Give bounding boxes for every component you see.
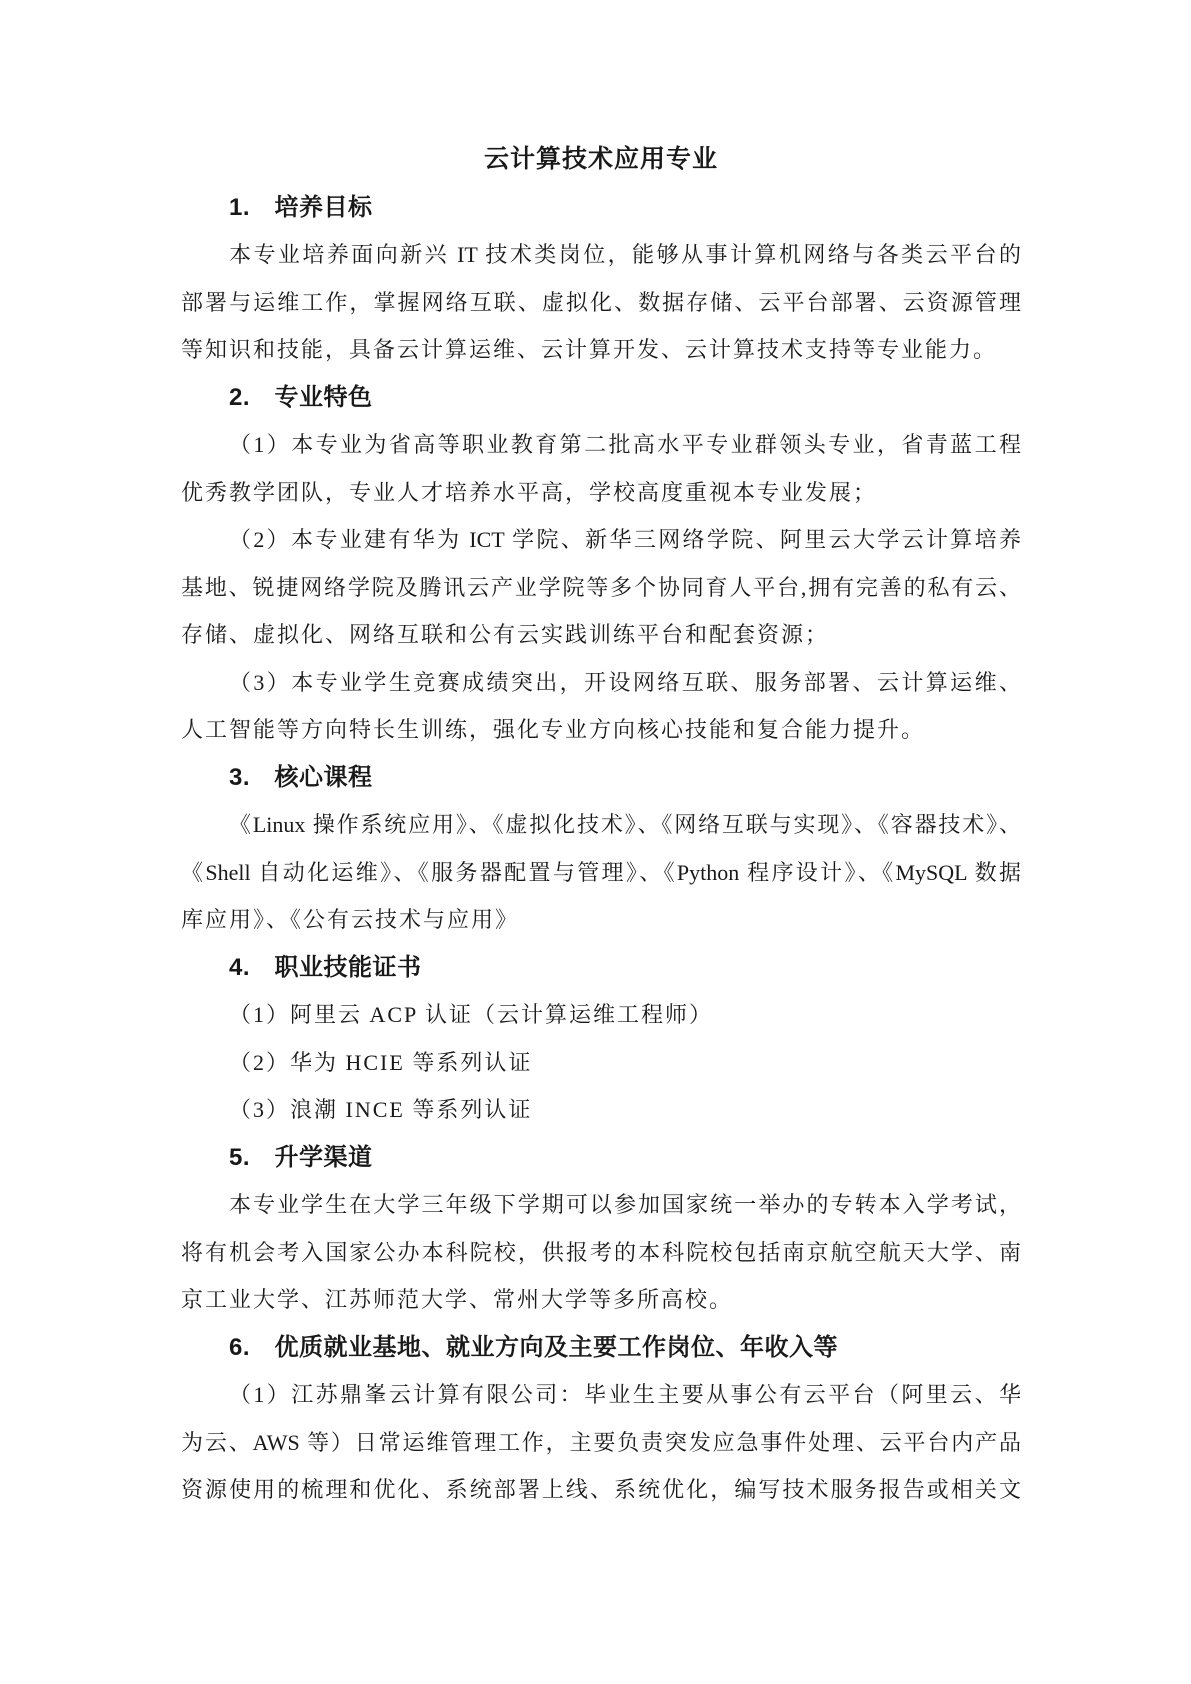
doc-line: （1）江苏鼎峯云计算有限公司：毕业生主要从事公有云平台（阿里云、华 bbox=[181, 1371, 1021, 1419]
doc-line: 将有机会考入国家公办本科院校，供报考的本科院校包括南京航空航天大学、南 bbox=[181, 1229, 1021, 1277]
doc-line: 京工业大学、江苏师范大学、常州大学等多所高校。 bbox=[181, 1276, 1021, 1324]
doc-line: 《Shell 自动化运维》、《服务器配置与管理》、《Python 程序设计》、《… bbox=[181, 849, 1021, 897]
doc-line: （2）华为 HCIE 等系列认证 bbox=[181, 1039, 1021, 1087]
doc-line: 本专业学生在大学三年级下学期可以参加国家统一举办的专转本入学考试， bbox=[181, 1181, 1021, 1229]
doc-line: 优秀教学团队，专业人才培养水平高，学校高度重视本专业发展； bbox=[181, 469, 1021, 517]
doc-line: 基地、锐捷网络学院及腾讯云产业学院等多个协同育人平台,拥有完善的私有云、 bbox=[181, 564, 1021, 612]
doc-line: 库应用》、《公有云技术与应用》 bbox=[181, 896, 1021, 944]
section-heading: 4. 职业技能证书 bbox=[181, 944, 1021, 992]
doc-line: 部署与运维工作，掌握网络互联、虚拟化、数据存储、云平台部署、云资源管理 bbox=[181, 279, 1021, 327]
document-page: 云计算技术应用专业1. 培养目标本专业培养面向新兴 IT 技术类岗位，能够从事计… bbox=[0, 0, 1191, 1684]
doc-line: 本专业培养面向新兴 IT 技术类岗位，能够从事计算机网络与各类云平台的 bbox=[181, 231, 1021, 279]
doc-line: （1）阿里云 ACP 认证（云计算运维工程师） bbox=[181, 991, 1021, 1039]
doc-line: （1）本专业为省高等职业教育第二批高水平专业群领头专业，省青蓝工程 bbox=[181, 421, 1021, 469]
doc-line: 人工智能等方向特长生训练，强化专业方向核心技能和复合能力提升。 bbox=[181, 706, 1021, 754]
section-heading: 5. 升学渠道 bbox=[181, 1134, 1021, 1182]
doc-title: 云计算技术应用专业 bbox=[181, 136, 1021, 184]
section-heading: 6. 优质就业基地、就业方向及主要工作岗位、年收入等 bbox=[181, 1324, 1021, 1372]
doc-line: 等知识和技能，具备云计算运维、云计算开发、云计算技术支持等专业能力。 bbox=[181, 326, 1021, 374]
doc-line: （3）本专业学生竞赛成绩突出，开设网络互联、服务部署、云计算运维、 bbox=[181, 659, 1021, 707]
section-heading: 1. 培养目标 bbox=[181, 184, 1021, 232]
doc-line: 资源使用的梳理和优化、系统部署上线、系统优化，编写技术服务报告或相关文 bbox=[181, 1466, 1021, 1514]
doc-line: 《Linux 操作系统应用》、《虚拟化技术》、《网络互联与实现》、《容器技术》、 bbox=[181, 801, 1021, 849]
section-heading: 2. 专业特色 bbox=[181, 374, 1021, 422]
doc-line: 为云、AWS 等）日常运维管理工作，主要负责突发应急事件处理、云平台内产品 bbox=[181, 1419, 1021, 1467]
text-column: 云计算技术应用专业1. 培养目标本专业培养面向新兴 IT 技术类岗位，能够从事计… bbox=[181, 136, 1021, 1514]
doc-line: 存储、虚拟化、网络互联和公有云实践训练平台和配套资源； bbox=[181, 611, 1021, 659]
section-heading: 3. 核心课程 bbox=[181, 754, 1021, 802]
doc-line: （2）本专业建有华为 ICT 学院、新华三网络学院、阿里云大学云计算培养 bbox=[181, 516, 1021, 564]
doc-line: （3）浪潮 INCE 等系列认证 bbox=[181, 1086, 1021, 1134]
